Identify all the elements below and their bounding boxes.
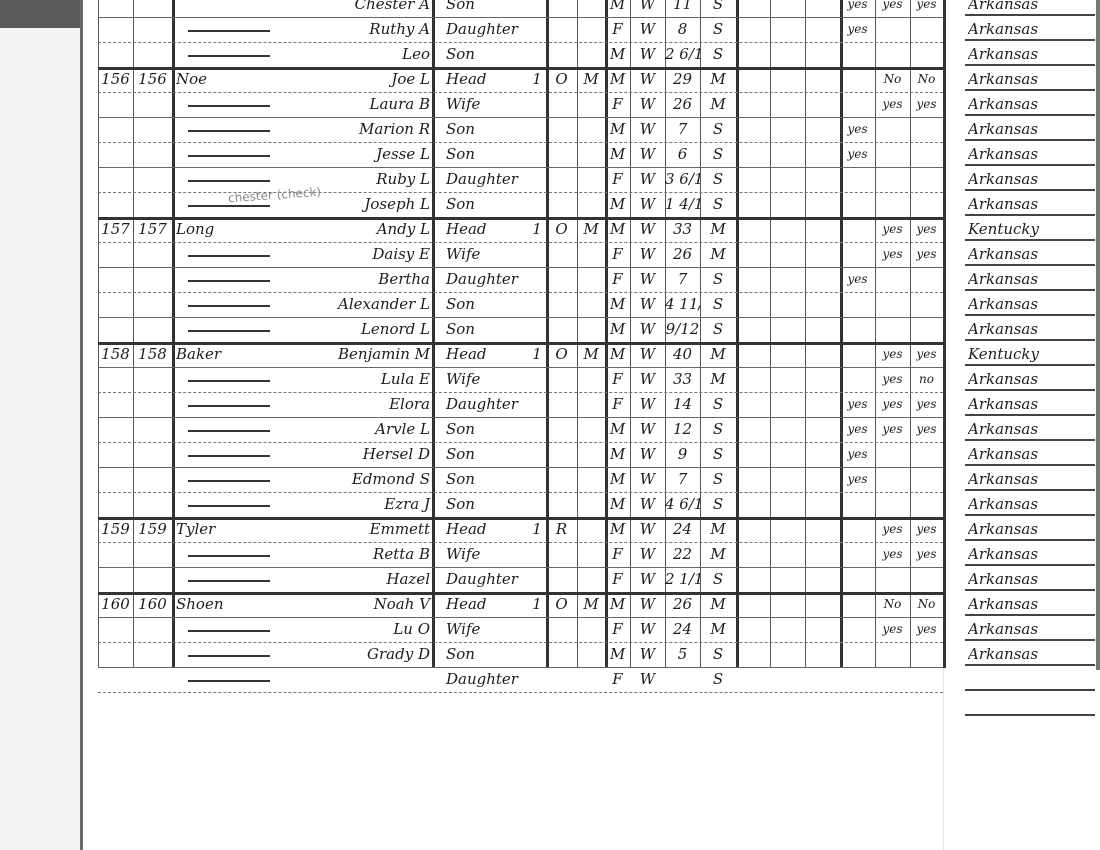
cell-sex: F xyxy=(605,267,630,292)
cell-race: W xyxy=(630,467,665,492)
table-row: 159159TylerEmmettHead1RMW24MyesyesArkans… xyxy=(0,517,1100,542)
page-right-edge xyxy=(1096,0,1100,670)
cell-write: No xyxy=(910,592,943,617)
cell-value xyxy=(577,492,605,517)
cell-write: yes xyxy=(910,217,943,242)
cell-age: 7 xyxy=(665,267,700,292)
cell-write xyxy=(910,267,943,292)
table-row: Daisy EWifeFW26MyesyesArkansas xyxy=(0,242,1100,267)
cell-school: yes xyxy=(840,17,875,42)
cell-birthplace: Arkansas xyxy=(968,67,1095,92)
cell-family xyxy=(133,542,172,567)
cell-value xyxy=(577,617,605,642)
cell-race: W xyxy=(630,17,665,42)
cell-school xyxy=(840,292,875,317)
cell-family xyxy=(133,17,172,42)
cell-read: yes xyxy=(875,92,910,117)
cell-write: yes xyxy=(910,542,943,567)
cell-race: W xyxy=(630,542,665,567)
cell-value xyxy=(577,42,605,67)
cell-write xyxy=(910,192,943,217)
cell-given xyxy=(272,667,436,692)
cell-write: no xyxy=(910,367,943,392)
cell-value: M xyxy=(577,342,605,367)
cell-race: W xyxy=(630,417,665,442)
cell-relation: Head xyxy=(436,592,538,617)
cell-read xyxy=(875,467,910,492)
cell-value xyxy=(577,642,605,667)
cell-write xyxy=(910,567,943,592)
cell-read: No xyxy=(875,67,910,92)
cell-surname xyxy=(176,442,271,467)
cell-family xyxy=(133,567,172,592)
table-row: BerthaDaughterFW7SyesArkansas xyxy=(0,267,1100,292)
cell-surname xyxy=(176,42,271,67)
cell-relation: Son xyxy=(436,417,538,442)
cell-ownership xyxy=(528,142,546,167)
cell-race: W xyxy=(630,317,665,342)
cell-marital: M xyxy=(700,242,736,267)
cell-race: W xyxy=(630,592,665,617)
cell-dwelling xyxy=(98,417,133,442)
cell-sex: F xyxy=(605,617,630,642)
cell-home xyxy=(546,167,577,192)
cell-family xyxy=(133,642,172,667)
cell-dwelling xyxy=(98,117,133,142)
cell-ownership xyxy=(528,92,546,117)
cell-write xyxy=(910,167,943,192)
cell-birthplace: Arkansas xyxy=(968,267,1095,292)
cell-school xyxy=(840,492,875,517)
cell-ownership: 1 xyxy=(528,67,546,92)
cell-value: M xyxy=(577,592,605,617)
table-row: Lenord LSonMW9/12SArkansas xyxy=(0,317,1100,342)
cell-marital: S xyxy=(700,167,736,192)
cell-home xyxy=(546,317,577,342)
cell-school: yes xyxy=(840,442,875,467)
table-row: Grady DSonMW5SArkansas xyxy=(0,642,1100,667)
cell-given: Chester A xyxy=(272,0,436,17)
cell-write: No xyxy=(910,67,943,92)
cell-age: 1 4/12 xyxy=(665,192,700,217)
cell-write xyxy=(910,117,943,142)
cell-school: yes xyxy=(840,467,875,492)
cell-marital: S xyxy=(700,292,736,317)
cell-given: Edmond S xyxy=(272,467,436,492)
cell-surname: Shoen xyxy=(176,592,271,617)
cell-birthplace: Arkansas xyxy=(968,392,1095,417)
cell-age: 7 xyxy=(665,117,700,142)
cell-ownership xyxy=(528,367,546,392)
cell-home xyxy=(546,17,577,42)
cell-sex: M xyxy=(605,342,630,367)
cell-sex: M xyxy=(605,217,630,242)
cell-race: W xyxy=(630,167,665,192)
cell-ownership xyxy=(528,642,546,667)
cell-birthplace: Arkansas xyxy=(968,417,1095,442)
cell-sex: M xyxy=(605,142,630,167)
cell-age: 6 xyxy=(665,142,700,167)
cell-birthplace: Arkansas xyxy=(968,367,1095,392)
cell-given: Ezra J xyxy=(272,492,436,517)
cell-write: yes xyxy=(910,617,943,642)
cell-ownership xyxy=(528,192,546,217)
cell-school: yes xyxy=(840,142,875,167)
cell-write xyxy=(910,142,943,167)
cell-sex: M xyxy=(605,317,630,342)
cell-value xyxy=(577,242,605,267)
cell-race: W xyxy=(630,492,665,517)
cell-value xyxy=(577,92,605,117)
cell-marital: M xyxy=(700,342,736,367)
cell-ownership xyxy=(528,492,546,517)
cell-write xyxy=(910,317,943,342)
cell-home xyxy=(546,667,577,692)
cell-given: Hazel xyxy=(272,567,436,592)
cell-relation: Son xyxy=(436,117,538,142)
cell-birthplace: Arkansas xyxy=(968,542,1095,567)
cell-sex: M xyxy=(605,642,630,667)
table-row: DaughterFWS xyxy=(0,667,1100,692)
cell-sex: M xyxy=(605,192,630,217)
cell-read xyxy=(875,267,910,292)
cell-birthplace xyxy=(968,667,1095,692)
cell-age: 4 6/12 xyxy=(665,492,700,517)
cell-marital: S xyxy=(700,17,736,42)
cell-school: yes xyxy=(840,117,875,142)
cell-dwelling: 159 xyxy=(98,517,133,542)
cell-value: M xyxy=(577,217,605,242)
cell-family xyxy=(133,192,172,217)
cell-race: W xyxy=(630,67,665,92)
cell-given: Hersel D xyxy=(272,442,436,467)
cell-race: W xyxy=(630,517,665,542)
table-row: Ruthy ADaughterFW8SyesArkansas xyxy=(0,17,1100,42)
cell-age: 2 1/12 xyxy=(665,567,700,592)
cell-ownership xyxy=(528,42,546,67)
cell-dwelling xyxy=(98,392,133,417)
cell-surname xyxy=(176,92,271,117)
cell-dwelling: 160 xyxy=(98,592,133,617)
cell-read xyxy=(875,567,910,592)
table-row: Lula EWifeFW33MyesnoArkansas xyxy=(0,367,1100,392)
cell-surname xyxy=(176,642,271,667)
cell-value xyxy=(577,367,605,392)
cell-relation: Son xyxy=(436,492,538,517)
cell-relation: Son xyxy=(436,192,538,217)
cell-surname xyxy=(176,417,271,442)
cell-surname xyxy=(176,292,271,317)
cell-ownership xyxy=(528,0,546,17)
cell-marital: S xyxy=(700,392,736,417)
cell-race: W xyxy=(630,242,665,267)
cell-value xyxy=(577,292,605,317)
cell-marital: S xyxy=(700,142,736,167)
cell-relation: Head xyxy=(436,217,538,242)
cell-marital: S xyxy=(700,417,736,442)
cell-value xyxy=(577,117,605,142)
cell-read xyxy=(875,667,910,692)
cell-read: No xyxy=(875,592,910,617)
cell-value xyxy=(577,192,605,217)
cell-ownership xyxy=(528,317,546,342)
cell-birthplace: Arkansas xyxy=(968,592,1095,617)
cell-family: 158 xyxy=(133,342,172,367)
cell-given: Daisy E xyxy=(272,242,436,267)
cell-read xyxy=(875,17,910,42)
cell-race: W xyxy=(630,217,665,242)
cell-sex: M xyxy=(605,117,630,142)
cell-race: W xyxy=(630,267,665,292)
cell-value xyxy=(577,442,605,467)
cell-value xyxy=(577,17,605,42)
cell-dwelling xyxy=(98,0,133,17)
cell-home xyxy=(546,467,577,492)
cell-family: 157 xyxy=(133,217,172,242)
cell-surname xyxy=(176,392,271,417)
cell-marital: M xyxy=(700,92,736,117)
cell-marital: S xyxy=(700,442,736,467)
cell-sex: M xyxy=(605,292,630,317)
cell-surname xyxy=(176,0,271,17)
cell-home xyxy=(546,442,577,467)
cell-relation: Daughter xyxy=(436,392,538,417)
table-row: Jesse LSonMW6SyesArkansas xyxy=(0,142,1100,167)
cell-family xyxy=(133,92,172,117)
cell-sex: M xyxy=(605,42,630,67)
cell-birthplace: Kentucky xyxy=(968,342,1095,367)
cell-family xyxy=(133,442,172,467)
cell-race: W xyxy=(630,567,665,592)
cell-ownership xyxy=(528,392,546,417)
cell-age: 2 6/12 xyxy=(665,42,700,67)
cell-relation: Daughter xyxy=(436,167,538,192)
cell-read: yes xyxy=(875,417,910,442)
cell-school: yes xyxy=(840,417,875,442)
cell-dwelling: 158 xyxy=(98,342,133,367)
cell-read: yes xyxy=(875,217,910,242)
cell-surname xyxy=(176,667,271,692)
cell-ownership xyxy=(528,117,546,142)
cell-birthplace: Arkansas xyxy=(968,242,1095,267)
cell-sex: F xyxy=(605,167,630,192)
cell-marital: S xyxy=(700,317,736,342)
cell-family xyxy=(133,242,172,267)
cell-surname xyxy=(176,617,271,642)
cell-age: 26 xyxy=(665,242,700,267)
cell-ownership xyxy=(528,567,546,592)
table-row: Lu OWifeFW24MyesyesArkansas xyxy=(0,617,1100,642)
cell-dwelling xyxy=(98,367,133,392)
cell-sex: F xyxy=(605,542,630,567)
cell-sex: F xyxy=(605,367,630,392)
cell-surname xyxy=(176,267,271,292)
cell-given: Bertha xyxy=(272,267,436,292)
cell-relation: Head xyxy=(436,67,538,92)
cell-school: yes xyxy=(840,0,875,17)
cell-sex: F xyxy=(605,92,630,117)
cell-school: yes xyxy=(840,267,875,292)
cell-write xyxy=(910,292,943,317)
cell-dwelling xyxy=(98,292,133,317)
cell-given: Ruthy A xyxy=(272,17,436,42)
cell-relation: Daughter xyxy=(436,17,538,42)
cell-birthplace: Arkansas xyxy=(968,42,1095,67)
table-row: Chester ASonMW11SyesyesyesArkansas xyxy=(0,0,1100,17)
cell-given: Elora xyxy=(272,392,436,417)
cell-family xyxy=(133,267,172,292)
cell-home xyxy=(546,42,577,67)
cell-value xyxy=(577,317,605,342)
cell-given: Laura B xyxy=(272,92,436,117)
cell-write xyxy=(910,17,943,42)
cell-relation: Head xyxy=(436,342,538,367)
cell-ownership xyxy=(528,667,546,692)
cell-age: 3 6/12 xyxy=(665,167,700,192)
cell-birthplace: Arkansas xyxy=(968,442,1095,467)
cell-given: Marion R xyxy=(272,117,436,142)
cell-read: yes xyxy=(875,342,910,367)
cell-race: W xyxy=(630,367,665,392)
cell-home xyxy=(546,267,577,292)
cell-relation: Son xyxy=(436,142,538,167)
table-row: EloraDaughterFW14SyesyesyesArkansas xyxy=(0,392,1100,417)
cell-marital: S xyxy=(700,492,736,517)
cell-birthplace: Kentucky xyxy=(968,217,1095,242)
cell-ownership xyxy=(528,242,546,267)
cell-birthplace: Arkansas xyxy=(968,317,1095,342)
cell-given: Leo xyxy=(272,42,436,67)
cell-school xyxy=(840,642,875,667)
cell-surname: Noe xyxy=(176,67,271,92)
table-row: Arvle LSonMW12SyesyesyesArkansas xyxy=(0,417,1100,442)
cell-dwelling xyxy=(98,542,133,567)
cell-race: W xyxy=(630,342,665,367)
cell-home xyxy=(546,292,577,317)
cell-surname xyxy=(176,17,271,42)
cell-marital: M xyxy=(700,217,736,242)
cell-ownership xyxy=(528,417,546,442)
cell-birthplace: Arkansas xyxy=(968,642,1095,667)
cell-home xyxy=(546,367,577,392)
cell-given: Grady D xyxy=(272,642,436,667)
cell-ownership xyxy=(528,467,546,492)
cell-school xyxy=(840,617,875,642)
cell-dwelling xyxy=(98,467,133,492)
cell-birthplace: Arkansas xyxy=(968,142,1095,167)
cell-surname xyxy=(176,542,271,567)
cell-write xyxy=(910,467,943,492)
cell-ownership xyxy=(528,442,546,467)
cell-sex: M xyxy=(605,517,630,542)
cell-age: 24 xyxy=(665,617,700,642)
cell-sex: F xyxy=(605,242,630,267)
cell-home xyxy=(546,542,577,567)
cell-value xyxy=(577,267,605,292)
cell-marital: M xyxy=(700,67,736,92)
cell-birthplace: Arkansas xyxy=(968,292,1095,317)
cell-marital: S xyxy=(700,267,736,292)
cell-read: yes xyxy=(875,517,910,542)
cell-home: O xyxy=(546,217,577,242)
cell-family xyxy=(133,467,172,492)
cell-school xyxy=(840,67,875,92)
cell-dwelling xyxy=(98,142,133,167)
cell-home: O xyxy=(546,592,577,617)
cell-write: yes xyxy=(910,0,943,17)
cell-home xyxy=(546,642,577,667)
cell-marital: S xyxy=(700,467,736,492)
cell-race: W xyxy=(630,117,665,142)
cell-age: 40 xyxy=(665,342,700,367)
cell-birthplace: Arkansas xyxy=(968,467,1095,492)
cell-family: 159 xyxy=(133,517,172,542)
cell-relation: Daughter xyxy=(436,267,538,292)
cell-marital: M xyxy=(700,592,736,617)
cell-school xyxy=(840,317,875,342)
cell-write: yes xyxy=(910,342,943,367)
cell-race: W xyxy=(630,42,665,67)
cell-birthplace: Arkansas xyxy=(968,17,1095,42)
cell-school xyxy=(840,342,875,367)
cell-family xyxy=(133,667,172,692)
cell-value xyxy=(577,667,605,692)
cell-read xyxy=(875,167,910,192)
cell-age: 9/12 xyxy=(665,317,700,342)
cell-school xyxy=(840,92,875,117)
cell-race: W xyxy=(630,617,665,642)
cell-surname: Long xyxy=(176,217,271,242)
cell-given: Joe L xyxy=(272,67,436,92)
grid-row-line xyxy=(98,692,943,693)
cell-ownership xyxy=(528,617,546,642)
cell-value xyxy=(577,142,605,167)
cell-value xyxy=(577,467,605,492)
cell-ownership xyxy=(528,267,546,292)
table-row: 157157LongAndy LHead1OMMW33MyesyesKentuc… xyxy=(0,217,1100,242)
table-row: Hersel DSonMW9SyesArkansas xyxy=(0,442,1100,467)
cell-race: W xyxy=(630,0,665,17)
cell-value xyxy=(577,167,605,192)
cell-read xyxy=(875,442,910,467)
cell-surname xyxy=(176,117,271,142)
cell-ownership xyxy=(528,292,546,317)
cell-home xyxy=(546,0,577,17)
cell-dwelling xyxy=(98,167,133,192)
cell-dwelling xyxy=(98,92,133,117)
cell-race: W xyxy=(630,92,665,117)
cell-given: Lula E xyxy=(272,367,436,392)
cell-relation: Son xyxy=(436,467,538,492)
cell-age: 4 11/12 xyxy=(665,292,700,317)
cell-race: W xyxy=(630,142,665,167)
cell-school xyxy=(840,592,875,617)
cell-ownership xyxy=(528,167,546,192)
cell-sex: M xyxy=(605,492,630,517)
cell-relation: Wife xyxy=(436,367,538,392)
cell-age: 8 xyxy=(665,17,700,42)
table-row: Joseph LSonMW1 4/12SArkansas xyxy=(0,192,1100,217)
cell-home xyxy=(546,242,577,267)
cell-relation: Wife xyxy=(436,617,538,642)
cell-school xyxy=(840,542,875,567)
cell-given: Lenord L xyxy=(272,317,436,342)
cell-relation: Son xyxy=(436,0,538,17)
cell-marital: S xyxy=(700,667,736,692)
cell-given: Noah V xyxy=(272,592,436,617)
cell-age: 7 xyxy=(665,467,700,492)
cell-home: O xyxy=(546,67,577,92)
